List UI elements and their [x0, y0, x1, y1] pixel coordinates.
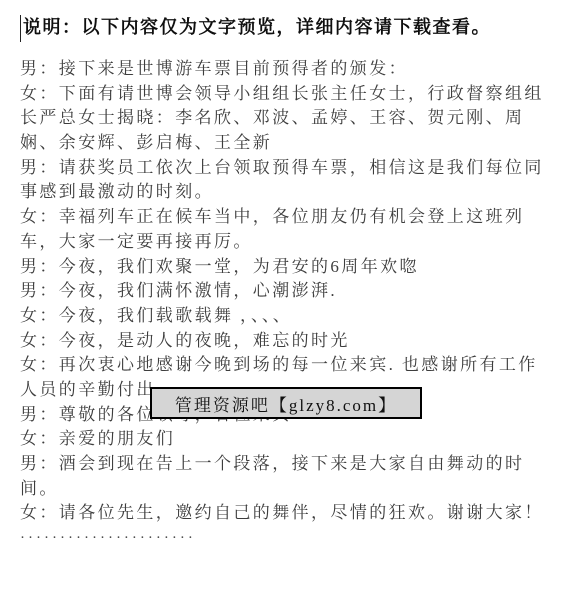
text-line: 男：酒会到现在告上一个段落，接下来是大家自由舞动的时 — [20, 452, 568, 477]
text-line: 女：今夜，我们载歌载舞 ，、、、 — [20, 304, 568, 329]
text-line: 事感到最激动的时刻。 — [20, 180, 568, 205]
text-line: 女：亲爱的朋友们 — [20, 427, 568, 452]
text-line: 女：下面有请世博会领导小组组长张主任女士，行政督察组组 — [20, 82, 568, 107]
text-line: 女：今夜，是动人的夜晚，难忘的时光 — [20, 329, 568, 354]
text-line: 车，大家一定要再接再厉。 — [20, 230, 568, 255]
document-preview: 说明：以下内容仅为文字预览，详细内容请下载查看。 男：接下来是世博游车票目前预得… — [0, 0, 578, 600]
text-line: 娴、余安辉、彭启梅、王全新 — [20, 131, 568, 156]
preview-notice: 说明：以下内容仅为文字预览，详细内容请下载查看。 — [23, 14, 491, 41]
watermark-text: 管理资源吧【glzy8.com】 — [175, 391, 397, 416]
text-line: 男：今夜，我们欢聚一堂，为君安的6周年欢唿 — [20, 255, 568, 280]
preview-text-body: 男：接下来是世博游车票目前预得者的颁发：女：下面有请世博会领导小组组长张主任女士… — [20, 57, 568, 551]
notice-row: 说明：以下内容仅为文字预览，详细内容请下载查看。 — [20, 14, 491, 42]
site-watermark: 管理资源吧【glzy8.com】 — [150, 387, 422, 419]
text-line: ······················ — [20, 526, 568, 551]
text-line: 男：今夜，我们满怀激情，心潮澎湃. — [20, 279, 568, 304]
text-cursor — [20, 15, 21, 42]
text-line: 女：幸福列车正在候车当中，各位朋友仍有机会登上这班列 — [20, 205, 568, 230]
text-line: 女：再次衷心地感谢今晚到场的每一位来宾. 也感谢所有工作 — [20, 353, 568, 378]
text-line: 间。 — [20, 477, 568, 502]
text-line: 女：请各位先生，邀约自己的舞伴，尽情的狂欢。谢谢大家！ — [20, 501, 568, 526]
text-line: 长严总女士揭晓：李名欣、邓波、孟婷、王容、贺元刚、周 — [20, 106, 568, 131]
text-line: 男：接下来是世博游车票目前预得者的颁发： — [20, 57, 568, 82]
text-line: 男：请获奖员工依次上台领取预得车票，相信这是我们每位同 — [20, 156, 568, 181]
